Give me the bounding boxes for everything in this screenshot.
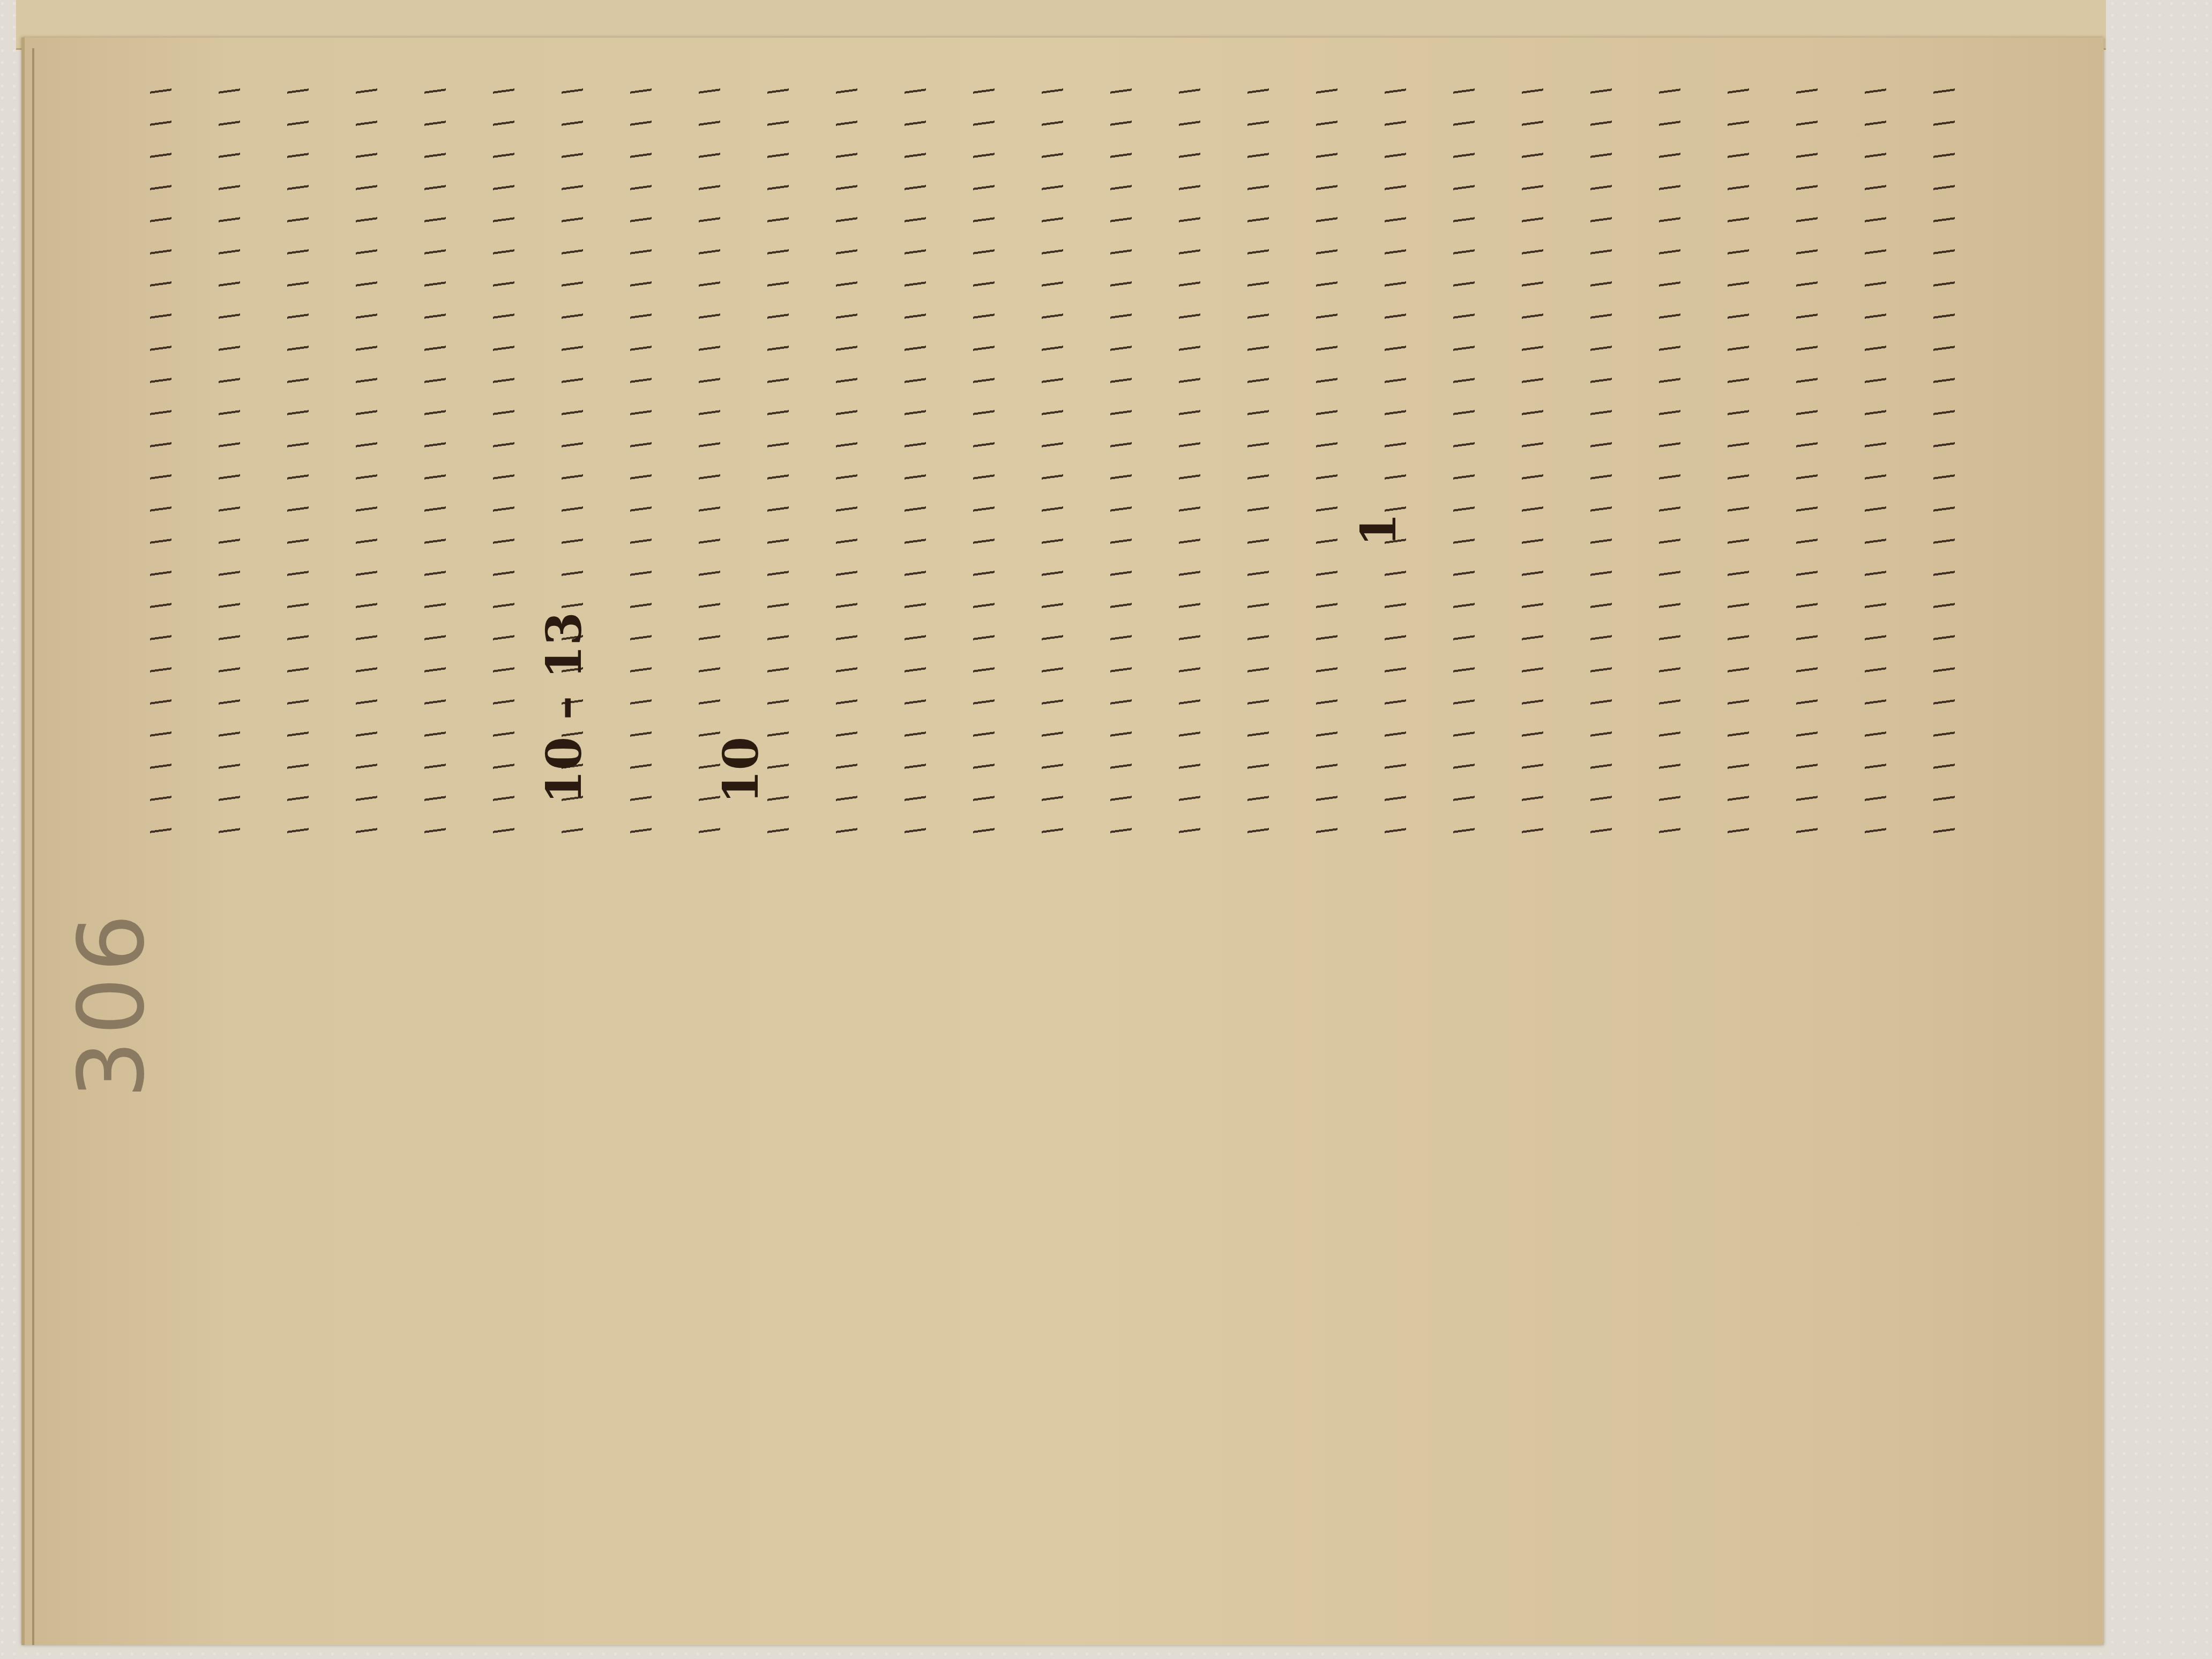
handwritten-line [1258,80,1261,847]
handwritten-line [298,80,301,836]
ink-strokes [1168,77,1211,860]
handwritten-line [1875,80,1879,847]
handwritten-line [1327,80,1330,836]
handwritten-line [504,80,507,836]
ink-strokes [1648,77,1691,849]
ink-strokes [1374,77,1417,860]
ink-strokes [1031,77,1074,849]
ink-strokes [825,77,868,849]
ink-strokes [208,77,251,849]
handwritten-line [1738,80,1742,836]
handwritten-line [1395,80,1399,857]
handwritten-line [367,80,370,857]
handwritten-line [778,80,781,857]
handwritten-line [1807,80,1810,857]
ink-strokes [345,77,388,860]
handwritten-line [161,80,164,857]
ink-strokes [1100,77,1142,839]
handwritten-line [915,80,918,836]
ink-strokes [414,77,457,849]
ink-strokes [688,77,731,839]
handwritten-line [1944,80,1947,836]
handwritten-line [1121,80,1124,836]
folio-number: 306 [59,909,165,1098]
numeral-fragment-10: 10 [713,737,769,804]
handwritten-line [1601,80,1604,857]
ink-strokes [1237,77,1280,849]
handwritten-line [1533,80,1536,836]
ink-strokes [619,77,662,849]
ink-strokes [1854,77,1897,849]
handwritten-line [1464,80,1467,847]
handwritten-line [1052,80,1056,847]
ink-strokes [1443,77,1485,849]
numeral-fragment-1: 1 [1350,513,1407,547]
ink-strokes [482,77,525,839]
ink-strokes [276,77,319,839]
ink-strokes [139,77,182,860]
ink-strokes [962,77,1005,860]
handwritten-text-block [161,80,2063,911]
ink-strokes [1785,77,1828,860]
handwritten-line [229,80,233,847]
ink-strokes [1305,77,1348,839]
handwritten-line [847,80,850,847]
ink-strokes [1923,77,1966,839]
ink-strokes [1511,77,1554,839]
handwritten-line [984,80,987,857]
handwritten-line [1670,80,1673,847]
handwritten-line [709,80,713,836]
handwritten-line [435,80,438,847]
ink-strokes [894,77,937,839]
handwritten-line [1190,80,1193,857]
page-gutter-line [32,48,34,1645]
numeral-fragment-10-13: 10 – 13 [536,612,593,804]
ink-strokes [1717,77,1760,839]
handwritten-line [641,80,644,847]
ink-strokes [1580,77,1623,860]
